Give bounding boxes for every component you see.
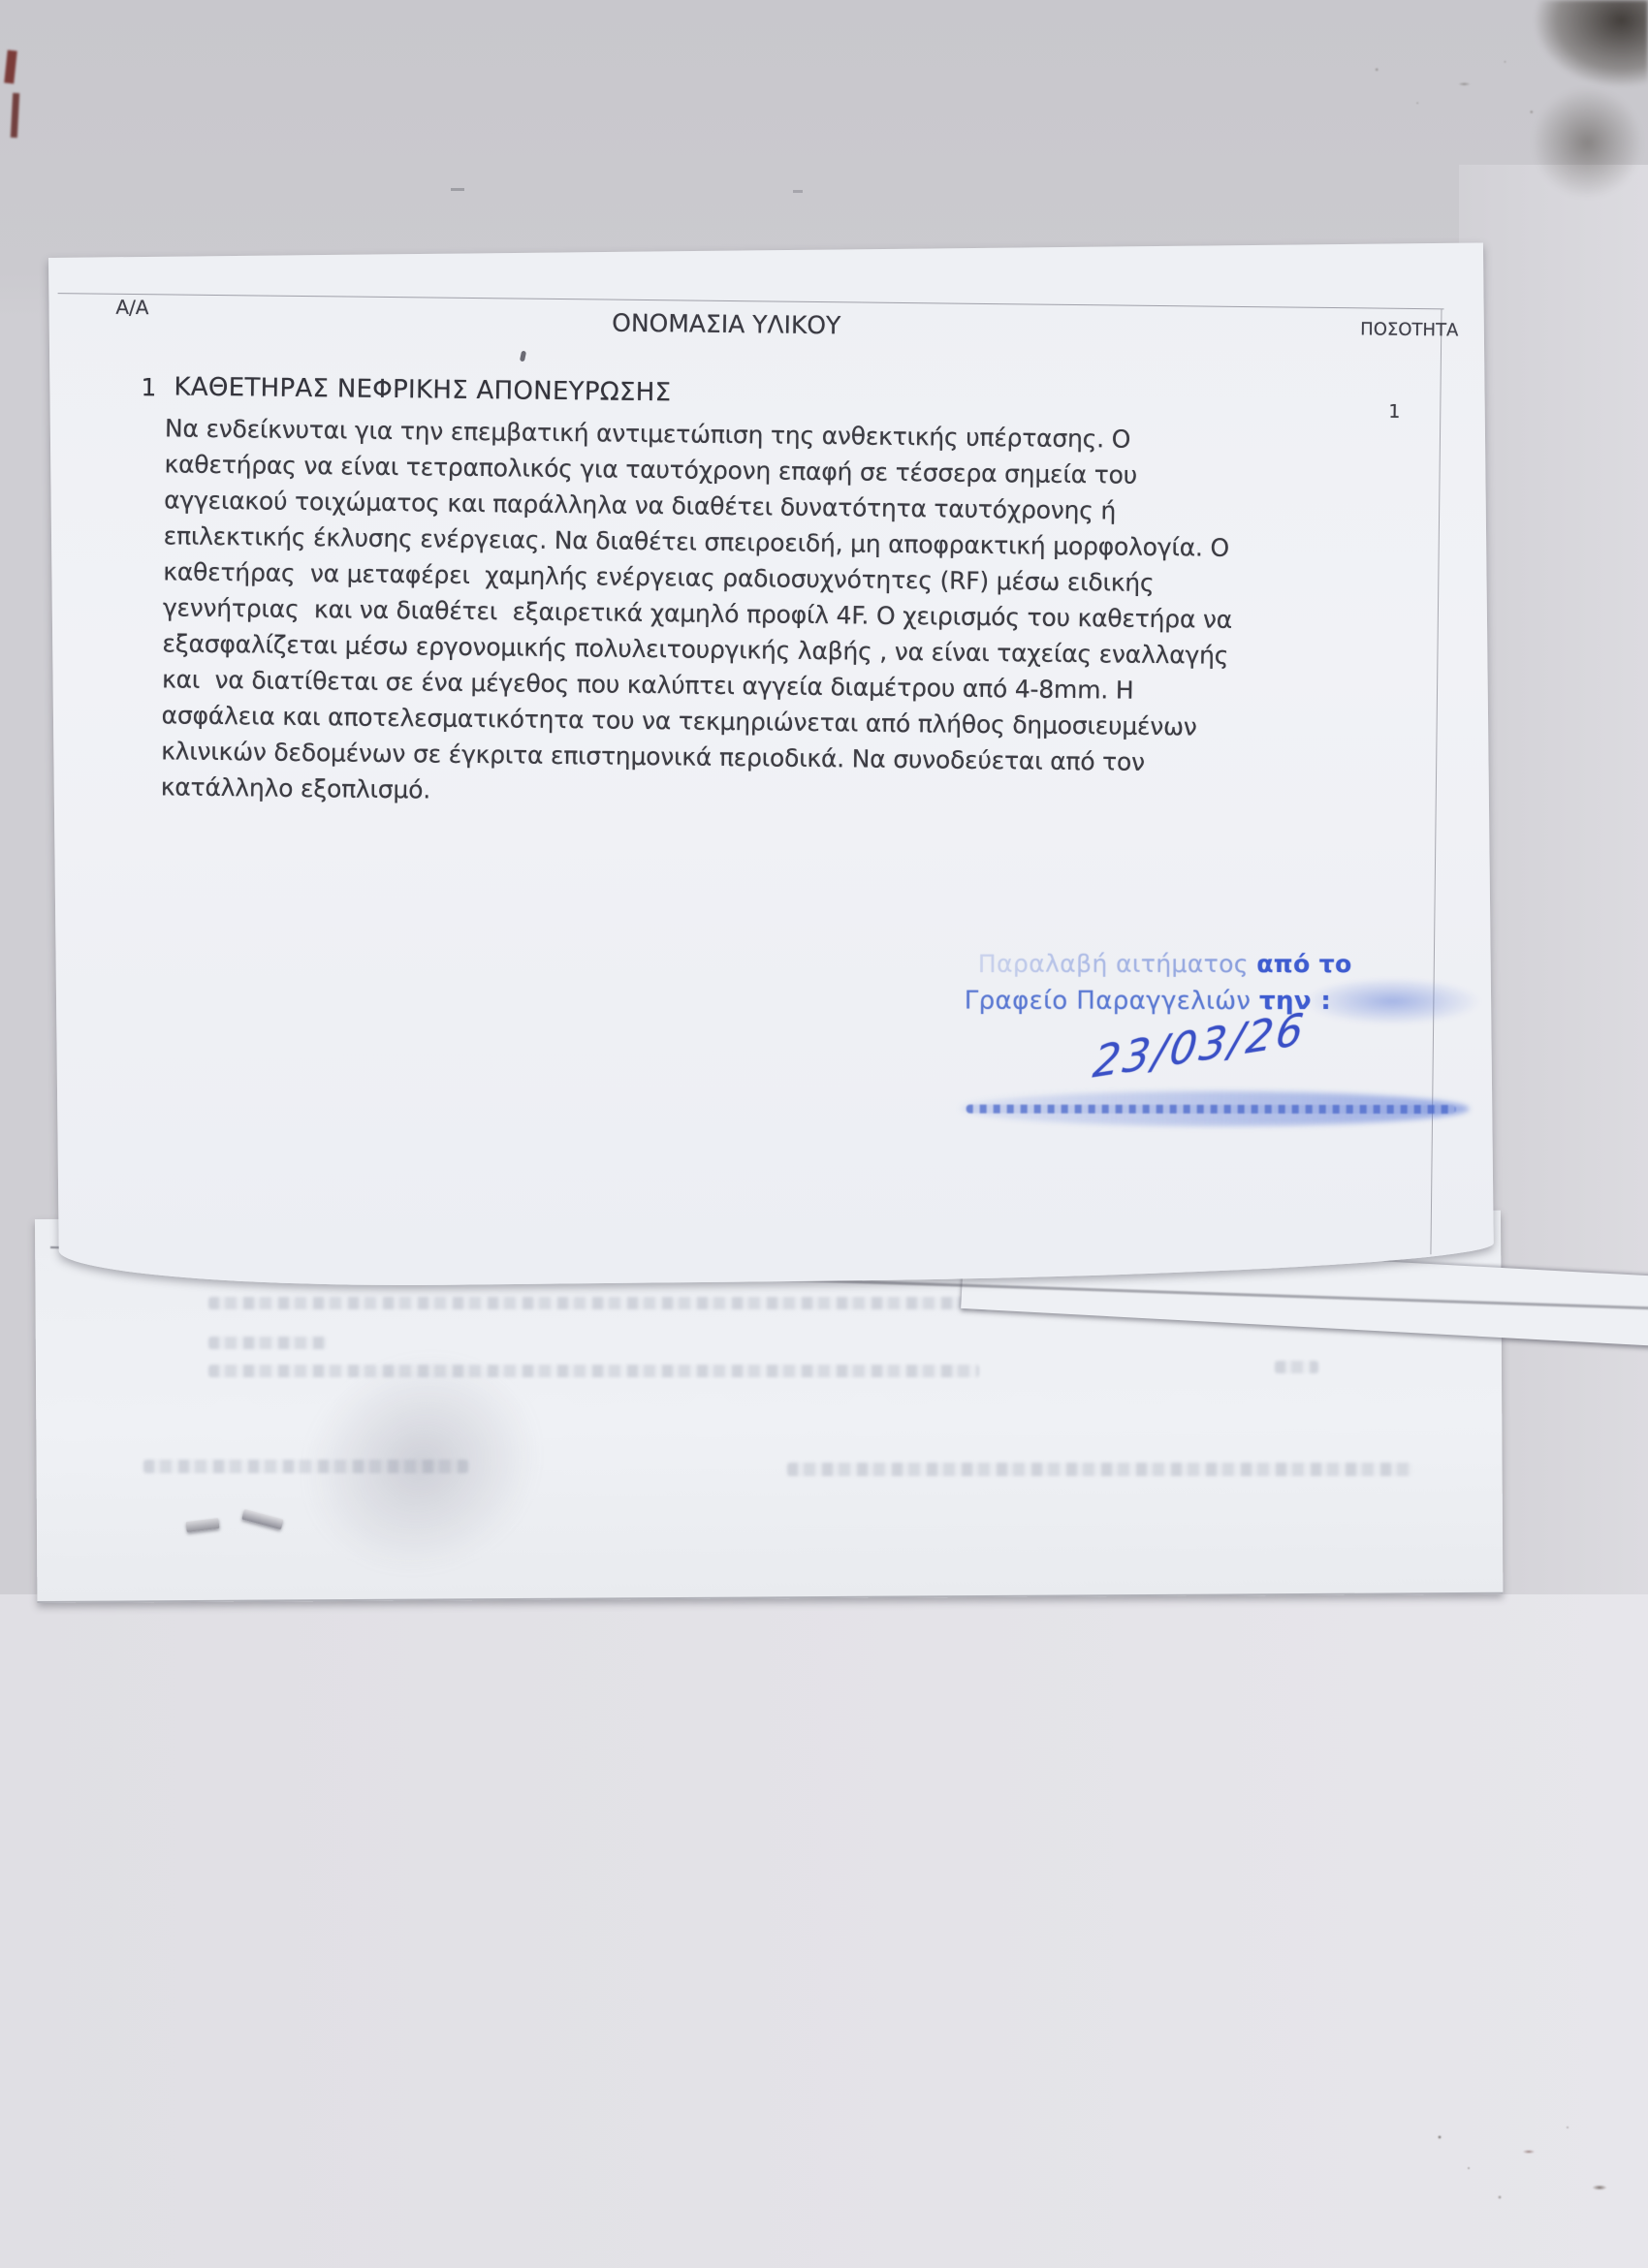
stamp-line-1-faded-text: Παραλαβή αιτήματος bbox=[978, 950, 1256, 978]
small-mark bbox=[793, 190, 803, 193]
ghost-text-line bbox=[1275, 1361, 1318, 1373]
stamp-ink-smudge bbox=[1303, 977, 1482, 1025]
item-title: ΚΑΘΕΤΗΡΑΣ ΝΕΦΡΙΚΗΣ ΑΠΟΝΕΥΡΩΣΗΣ bbox=[174, 372, 671, 407]
stamp-line-2-text: Γραφείο Παραγγελιών bbox=[965, 987, 1259, 1016]
stamp-line-1-bold-text: από το bbox=[1256, 950, 1351, 978]
column-header-material-name: ΟΝΟΜΑΣΙΑ ΥΛΙΚΟΥ bbox=[612, 309, 840, 340]
staple bbox=[186, 1514, 293, 1543]
receipt-stamp: Παραλαβή αιτήματος από το Γραφείο Παραγγ… bbox=[978, 950, 1477, 1163]
staple-left-end bbox=[185, 1518, 219, 1532]
top-paper-sheet: Α/Α ΟΝΟΜΑΣΙΑ ΥΛΙΚΟΥ ΠΟΣΟΤΗΤΑ 1 ΚΑΘΕΤΗΡΑΣ… bbox=[48, 243, 1494, 1289]
item-description: Να ενδείκνυται για την επεμβατική αντιμε… bbox=[161, 410, 1235, 816]
ghost-text-line bbox=[787, 1463, 1412, 1476]
stamp-line-1: Παραλαβή αιτήματος από το bbox=[978, 950, 1477, 978]
ghost-text-line bbox=[208, 1365, 979, 1377]
item-number: 1 bbox=[141, 373, 156, 401]
edge-ink-mark bbox=[4, 50, 16, 84]
item-quantity-value: 1 bbox=[1388, 401, 1400, 423]
table-top-border bbox=[58, 293, 1444, 309]
stamp-dotted-line bbox=[967, 1105, 1456, 1114]
scanner-background-bottom bbox=[0, 1594, 1648, 2268]
document-content: Α/Α ΟΝΟΜΑΣΙΑ ΥΛΙΚΟΥ ΠΟΣΟΤΗΤΑ 1 ΚΑΘΕΤΗΡΑΣ… bbox=[37, 258, 1483, 1306]
ghost-text-line bbox=[143, 1460, 468, 1473]
edge-ink-mark bbox=[11, 93, 19, 138]
scanned-document: Α/Α ΟΝΟΜΑΣΙΑ ΥΛΙΚΟΥ ΠΟΣΟΤΗΤΑ 1 ΚΑΘΕΤΗΡΑΣ… bbox=[0, 0, 1648, 2268]
column-header-aa: Α/Α bbox=[115, 296, 148, 319]
dust-speckles bbox=[1410, 2098, 1643, 2220]
ghost-text-line bbox=[208, 1337, 327, 1349]
dust-speckles bbox=[1352, 34, 1556, 145]
column-header-quantity: ΠΟΣΟΤΗΤΑ bbox=[1360, 319, 1458, 340]
small-mark bbox=[451, 188, 464, 191]
handwritten-date: 23/03/26 bbox=[1091, 1004, 1309, 1088]
